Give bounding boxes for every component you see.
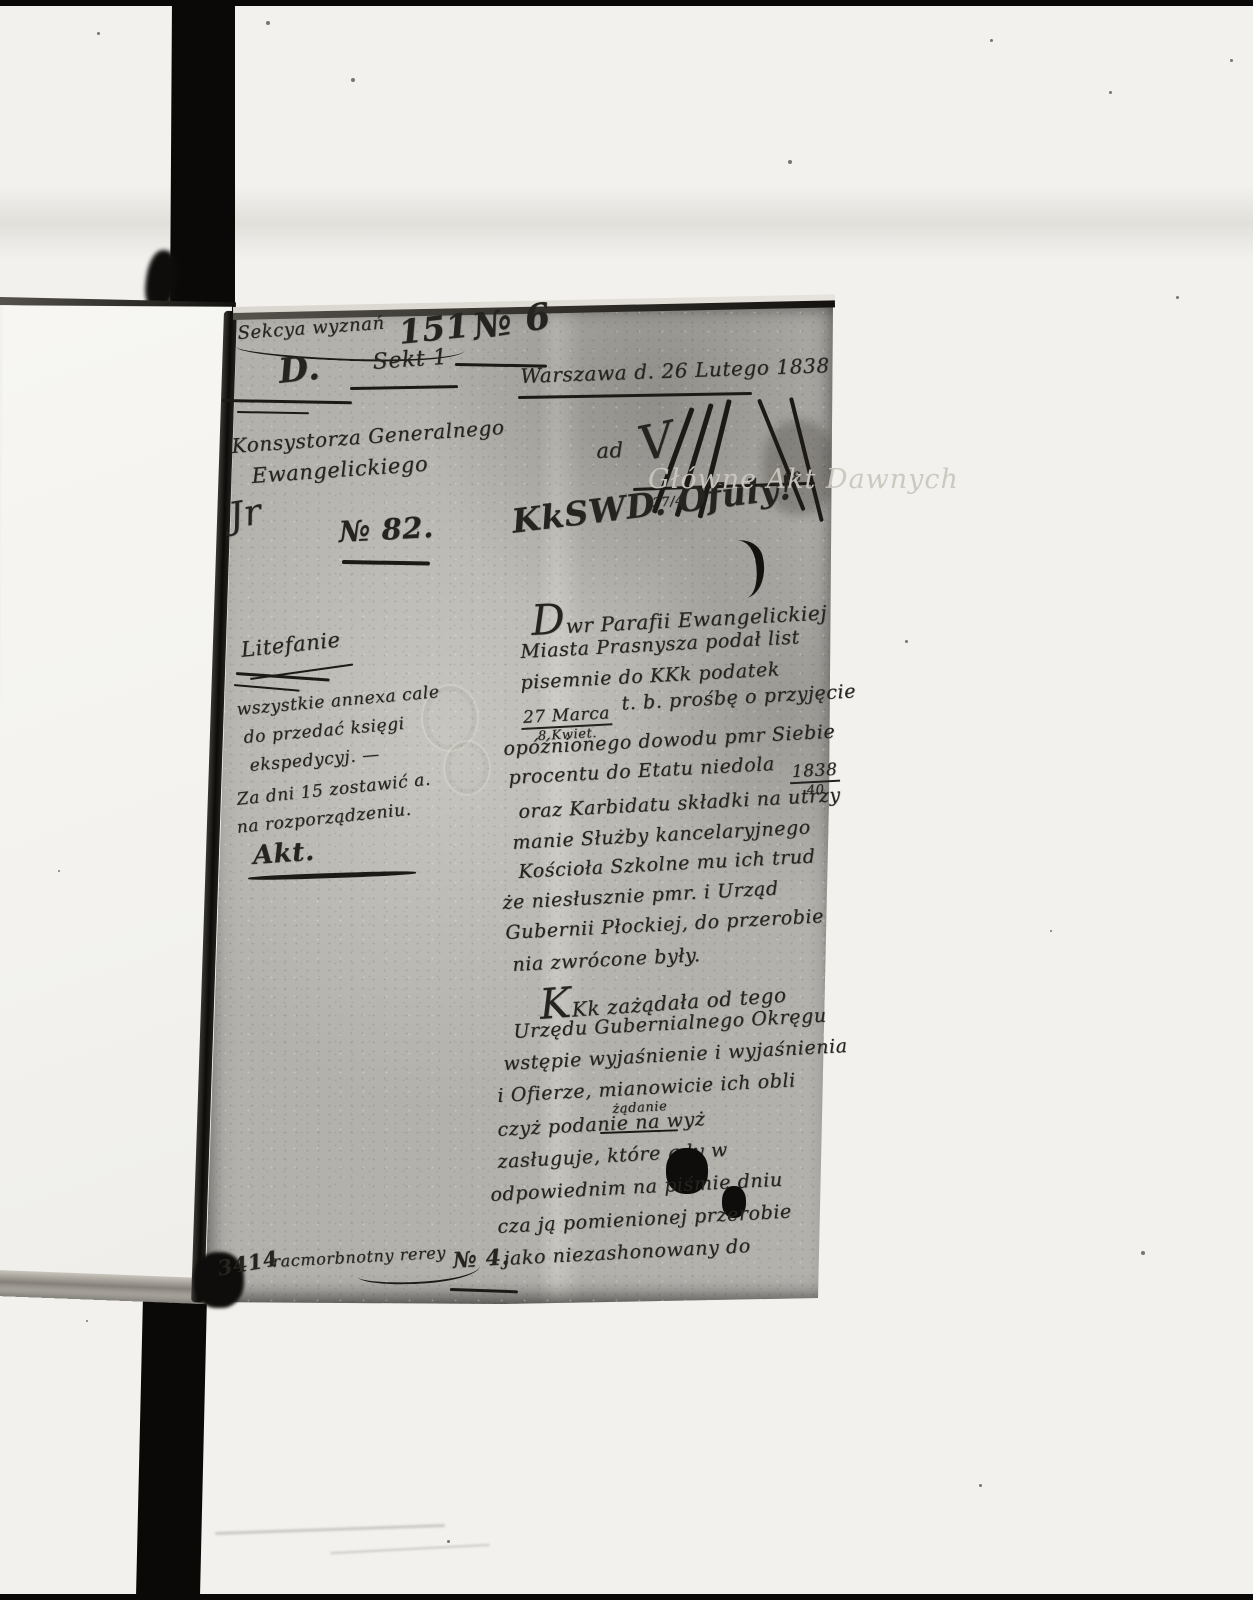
paper-wrinkle-ring bbox=[443, 740, 491, 796]
dust-speck bbox=[351, 78, 355, 82]
addressee-flourish: Jr bbox=[226, 494, 265, 535]
dust-speck bbox=[1141, 1251, 1145, 1255]
dust-speck bbox=[788, 160, 792, 164]
dust-speck bbox=[1050, 930, 1052, 932]
margin-closing: Akt. bbox=[252, 839, 315, 869]
register-letter: D. bbox=[277, 351, 322, 389]
register-ref: Sekt 1 bbox=[372, 347, 448, 374]
dust-speck bbox=[86, 1320, 88, 1322]
dust-speck bbox=[1230, 59, 1233, 62]
dust-speck bbox=[1109, 91, 1112, 94]
folio-number: 151 bbox=[397, 309, 471, 349]
dust-speck bbox=[905, 640, 908, 643]
case-number: № 82. bbox=[338, 513, 434, 547]
dust-speck bbox=[990, 39, 993, 42]
dust-speck bbox=[447, 1540, 450, 1543]
archive-watermark: Główne Akt Dawnych bbox=[648, 464, 959, 495]
footer-number-right: № 4. bbox=[452, 1246, 510, 1272]
ref-marker: ad bbox=[596, 440, 624, 462]
dust-speck bbox=[1176, 296, 1179, 299]
book-spine-shadow-bottom bbox=[136, 1296, 207, 1596]
dust-speck bbox=[266, 21, 270, 25]
book-spine-shadow-top bbox=[170, 0, 235, 313]
interlinear-insertion: żądanie bbox=[612, 1100, 668, 1116]
archival-scan: Sekcya wyznań 151 № 6 D. Sekt 1 Warszawa… bbox=[0, 0, 1253, 1600]
scan-streak bbox=[215, 1524, 445, 1535]
scan-streak bbox=[330, 1544, 490, 1554]
dust-speck bbox=[97, 32, 100, 35]
dust-speck bbox=[979, 1484, 982, 1487]
dust-speck bbox=[58, 870, 60, 872]
